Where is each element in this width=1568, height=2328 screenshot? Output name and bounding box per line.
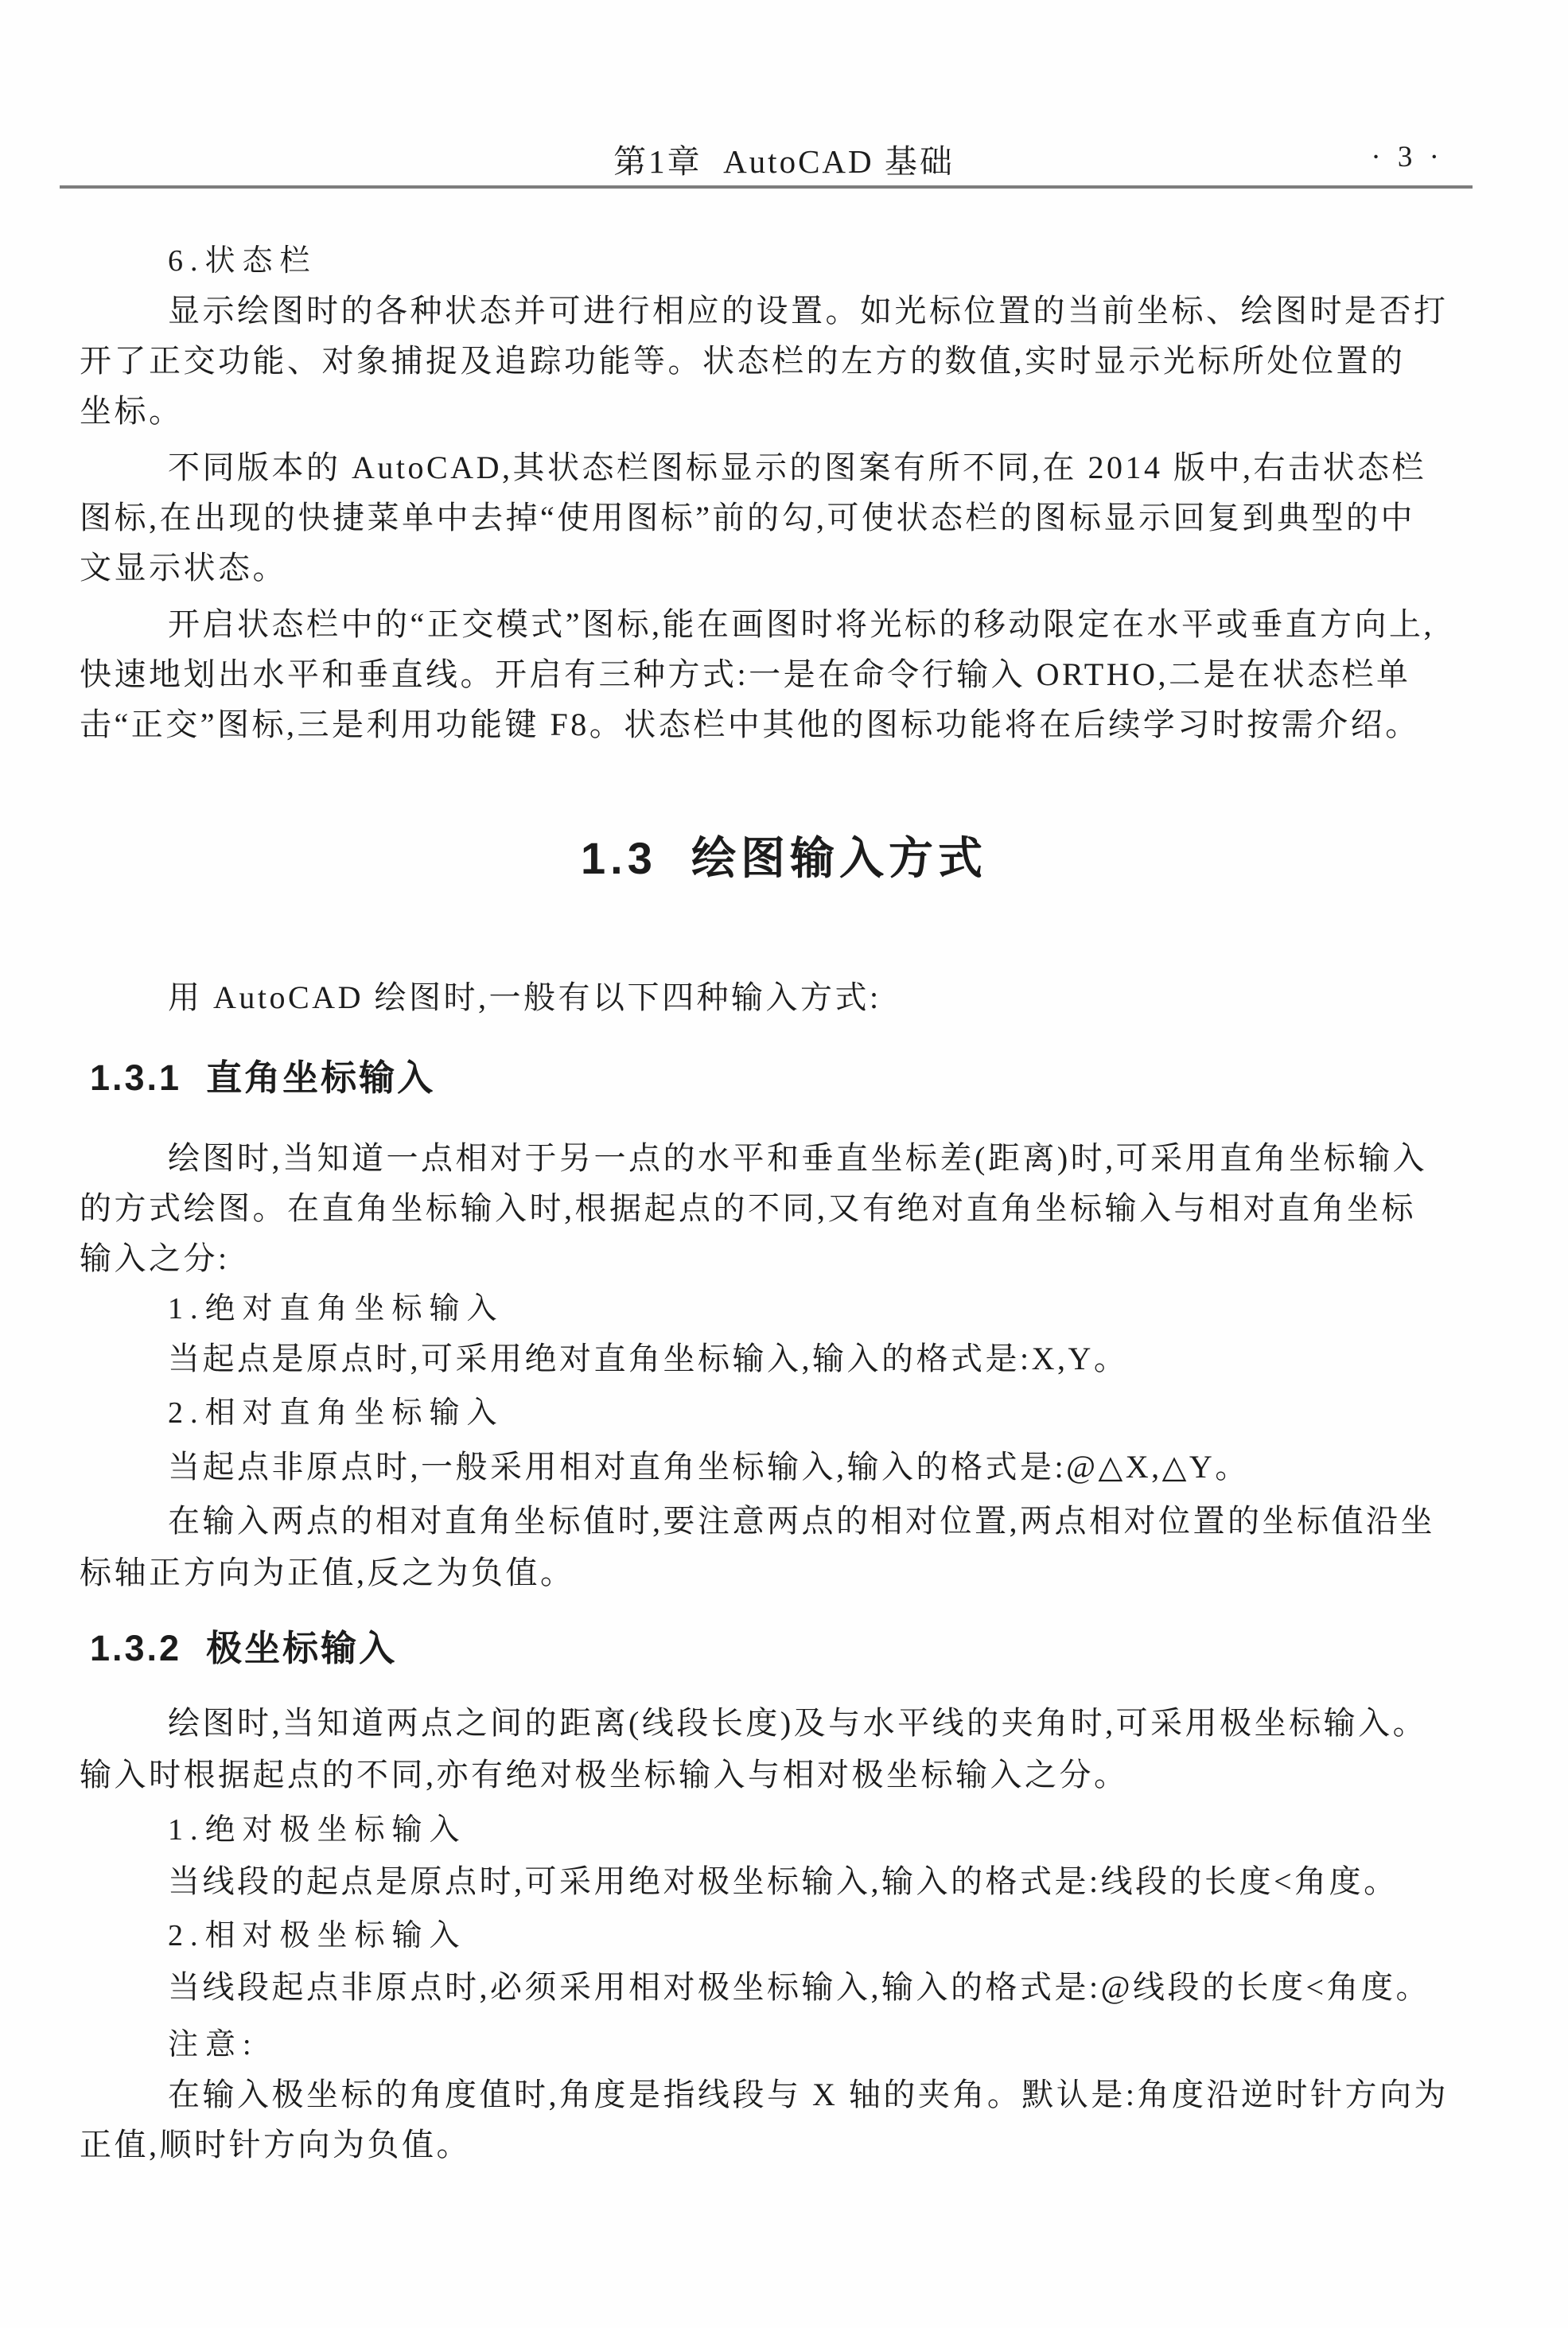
text-line: 当起点是原点时,可采用绝对直角坐标输入,输入的格式是:X,Y。 <box>168 1333 1128 1379</box>
text-line: 文显示状态。 <box>80 543 287 588</box>
text-line: 快速地划出水平和垂直线。开启有三种方式:一是在命令行输入 ORTHO,二是在状态… <box>80 649 1410 695</box>
item-label-line: 1.绝对直角坐标输入 <box>168 1283 504 1327</box>
text-line: 当起点非原点时,一般采用相对直角坐标输入,输入的格式是:@△X,△Y。 <box>168 1442 1250 1487</box>
text-line: 在输入极坐标的角度值时,角度是指线段与 X 轴的夹角。默认是:角度沿逆时针方向为 <box>168 2069 1449 2115</box>
text-line: 正值,顺时针方向为负值。 <box>80 2120 471 2165</box>
item-label-line: 2.相对极坐标输入 <box>168 1910 467 1954</box>
page-number: · 3 · <box>1371 140 1444 174</box>
header-rule <box>60 185 1473 189</box>
text-line: 用 AutoCAD 绘图时,一般有以下四种输入方式: <box>168 972 881 1018</box>
section-heading: 1.3 绘图输入方式 <box>0 823 1568 887</box>
text-line: 图标,在出现的快捷菜单中去掉“使用图标”前的勾,可使状态栏的图标显示回复到典型的… <box>80 492 1415 538</box>
item-label-line: 2.相对直角坐标输入 <box>168 1388 504 1431</box>
text-line: 绘图时,当知道两点之间的距离(线段长度)及与水平线的夹角时,可采用极坐标输入。 <box>168 1698 1427 1743</box>
text-line: 坐标。 <box>80 386 184 431</box>
text-line: 输入之分: <box>80 1233 230 1279</box>
text-line: 绘图时,当知道一点相对于另一点的水平和垂直坐标差(距离)时,可采用直角坐标输入 <box>168 1133 1427 1178</box>
text-line: 的方式绘图。在直角坐标输入时,根据起点的不同,又有绝对直角坐标输入与相对直角坐标 <box>80 1183 1416 1228</box>
book-page: 第1章 AutoCAD 基础 · 3 · 6.状态栏显示绘图时的各种状态并可进行… <box>0 0 1568 2328</box>
item-label-line: 1.绝对极坐标输入 <box>168 1804 467 1848</box>
text-line: 在输入两点的相对直角坐标值时,要注意两点的相对位置,两点相对位置的坐标值沿坐 <box>168 1496 1435 1541</box>
subsection-heading: 1.3.1 直角坐标输入 <box>90 1049 435 1100</box>
item-label-line: 注意: <box>168 2019 259 2063</box>
item-label-line: 6.状态栏 <box>168 236 317 279</box>
text-line: 开启状态栏中的“正交模式”图标,能在画图时将光标的移动限定在水平或垂直方向上, <box>168 599 1434 644</box>
text-line: 标轴正方向为正值,反之为负值。 <box>80 1547 575 1593</box>
text-line: 输入时根据起点的不同,亦有绝对极坐标输入与相对极坐标输入之分。 <box>80 1750 1129 1795</box>
text-line: 当线段的起点是原点时,可采用绝对极坐标输入,输入的格式是:线段的长度<角度。 <box>168 1856 1399 1902</box>
text-line: 不同版本的 AutoCAD,其状态栏图标显示的图案有所不同,在 2014 版中,… <box>168 442 1426 488</box>
text-line: 击“正交”图标,三是利用功能键 F8。状态栏中其他的图标功能将在后续学习时按需介… <box>80 699 1420 745</box>
text-line: 显示绘图时的各种状态并可进行相应的设置。如光标位置的当前坐标、绘图时是否打 <box>168 286 1449 331</box>
subsection-heading: 1.3.2 极坐标输入 <box>90 1619 397 1671</box>
text-line: 当线段起点非原点时,必须采用相对极坐标输入,输入的格式是:@线段的长度<角度。 <box>168 1962 1430 2007</box>
text-line: 开了正交功能、对象捕捉及追踪功能等。状态栏的左方的数值,实时显示光标所处位置的 <box>80 336 1406 381</box>
chapter-title: 第1章 AutoCAD 基础 <box>0 135 1568 182</box>
